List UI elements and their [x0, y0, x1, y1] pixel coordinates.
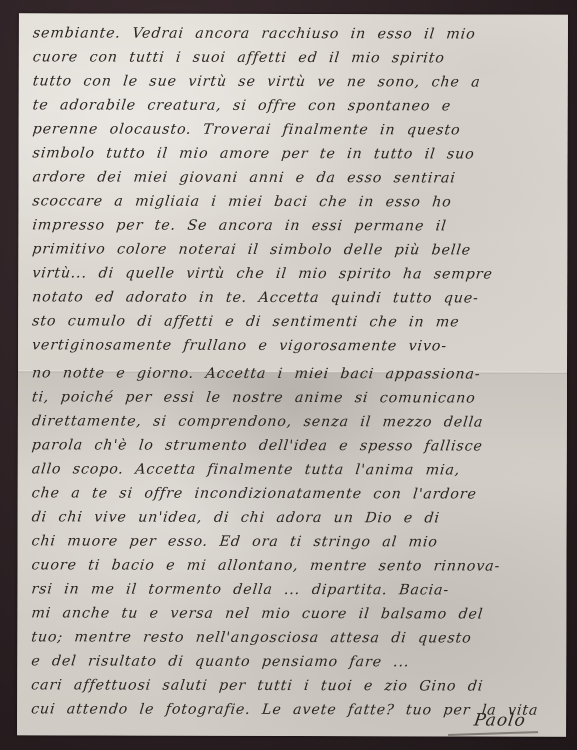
letter-line-14: vertiginosamente frullano e vigorosament…	[31, 333, 559, 358]
letter-line-28: cari affettuosi saluti per tutti i tuoi …	[30, 673, 558, 698]
letter-line-21: di chi vive un'idea, di chi adora un Dio…	[30, 505, 558, 530]
letter-line-12: notato ed adorato in te. Accetta quindi …	[31, 285, 559, 310]
letter-line-24: rsi in me il tormento della ... dipartit…	[30, 577, 558, 602]
letter-line-6: simbolo tutto il mio amore per te in tut…	[31, 141, 559, 166]
letter-line-23: cuore ti bacio e mi allontano, mentre se…	[30, 553, 558, 578]
letter-line-20: che a te si offre incondizionatamente co…	[30, 481, 558, 506]
letter-line-15: no notte e giorno. Accetta i miei baci a…	[31, 361, 559, 386]
letter-line-4: te adorabile creatura, si offre con spon…	[31, 93, 559, 118]
letter-line-2: cuore con tutti i suoi affetti ed il mio…	[32, 45, 560, 70]
letter-line-10: primitivo colore noterai il simbolo dell…	[31, 237, 559, 262]
letter-line-13: sto cumulo di affetti e di sentimenti ch…	[31, 309, 559, 334]
letter-line-19: allo scopo. Accetta finalmente tutta l'a…	[30, 457, 558, 482]
letter-line-26: tuo; mentre resto nell'angosciosa attesa…	[30, 625, 558, 650]
letter-line-7: ardore dei miei giovani anni e da esso s…	[31, 165, 559, 190]
letter-page: sembiante. Vedrai ancora racchiuso in es…	[17, 13, 568, 736]
letter-line-16: ti, poiché per essi le nostre anime si c…	[31, 385, 559, 410]
letter-line-5: perenne olocausto. Troverai finalmente i…	[31, 117, 559, 142]
letter-line-27: e del risultato di quanto pensiamo fare …	[30, 649, 558, 674]
letter-line-8: scoccare a migliaia i miei baci che in e…	[31, 189, 559, 214]
letter-line-11: virtù... di quelle virtù che il mio spir…	[31, 261, 559, 286]
letter-line-3: tutto con le sue virtù se virtù ve ne so…	[31, 69, 559, 94]
signature: Paolo	[473, 710, 528, 730]
letter-line-17: direttamente, si comprendono, senza il m…	[31, 409, 559, 434]
letter-line-1: sembiante. Vedrai ancora racchiuso in es…	[32, 21, 560, 46]
letter-line-9: impresso per te. Se ancora in essi perma…	[31, 213, 559, 238]
letter-body: sembiante. Vedrai ancora racchiuso in es…	[31, 21, 558, 722]
letter-line-18: parola ch'è lo strumento dell'idea e spe…	[31, 433, 559, 458]
letter-line-22: chi muore per esso. Ed ora ti stringo al…	[30, 529, 558, 554]
letter-line-25: mi anche tu e versa nel mio cuore il bal…	[30, 601, 558, 626]
